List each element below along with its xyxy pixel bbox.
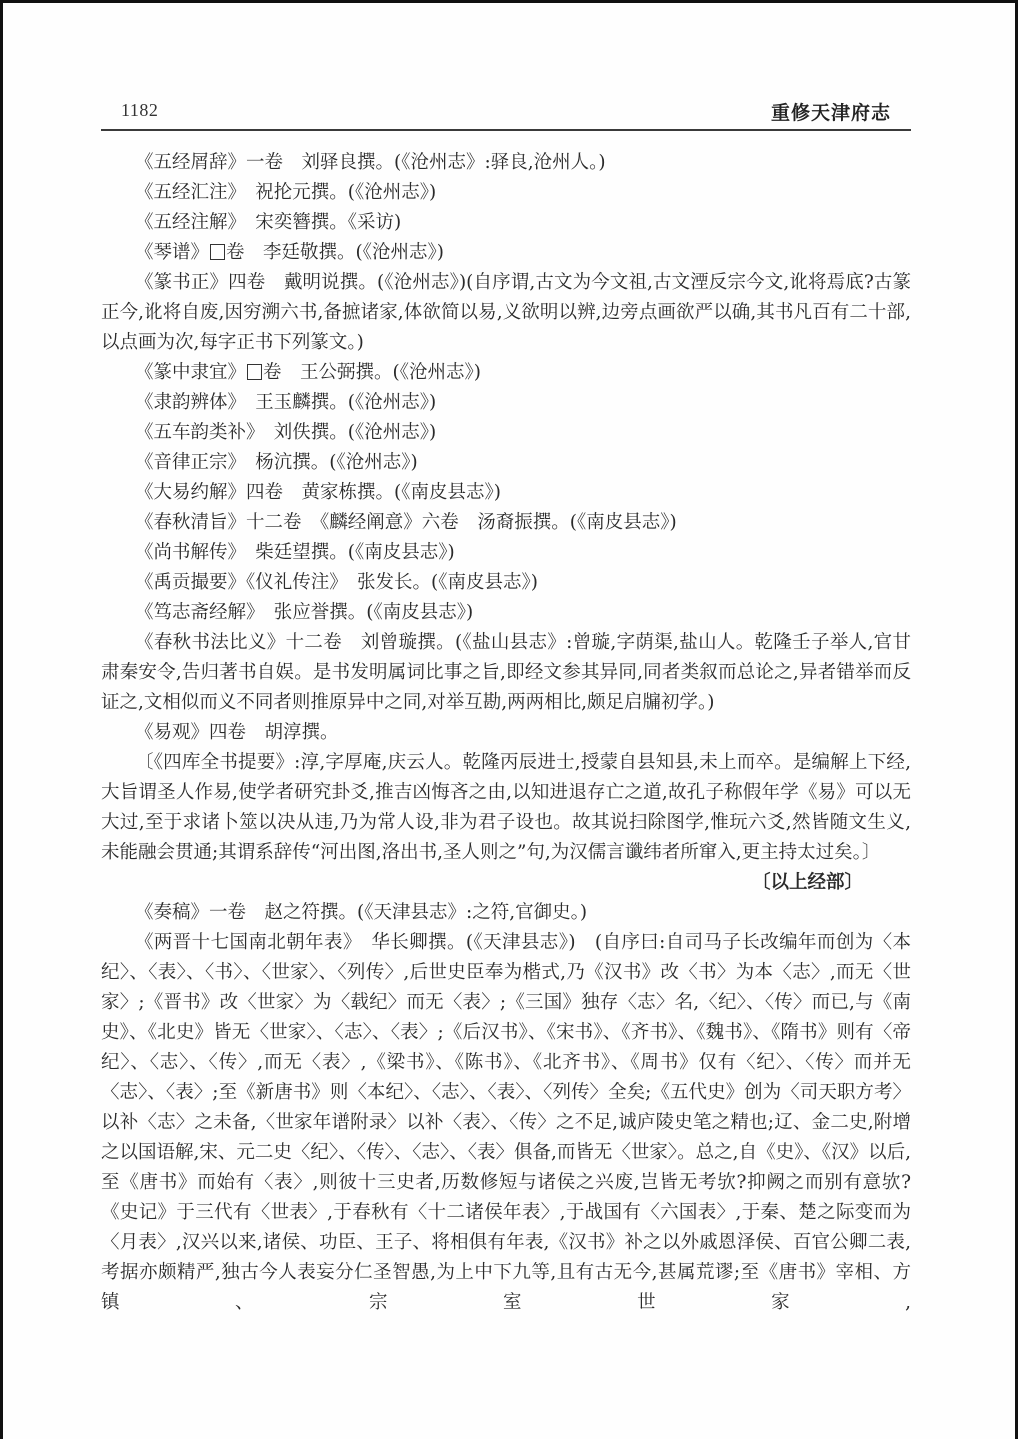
entry-wujing-zhujie: 《五经注解》 宋奕簪撰。《采访)	[101, 208, 911, 238]
section-end-marker: 〔以上经部〕	[752, 868, 863, 898]
entry-zhuanshu-zheng: 《篆书正》四卷 戴明说撰。(《沧州志》)(自序谓,古文为今文祖,古文湮反宗今文,…	[101, 268, 911, 358]
entry-yinlv-zhengzong: 《音律正宗》 杨沆撰。(《沧州志》)	[101, 448, 911, 478]
entry-dayi-yuejie: 《大易约解》四卷 黄家栋撰。(《南皮县志》)	[101, 478, 911, 508]
page-header: 1182 重修天津府志	[101, 96, 911, 130]
header-rule	[101, 129, 911, 131]
entry-wuche-yunleibu: 《五车韵类补》 刘佚撰。(《沧州志》)	[101, 418, 911, 448]
entry-yugong-cuoyao: 《禹贡撮要》《仪礼传注》 张发长。(《南皮县志》)	[101, 568, 911, 598]
entry-yiguan: 《易观》四卷 胡淳撰。	[101, 718, 911, 748]
entry-chunqiu-shufa-biyi: 《春秋书法比义》十二卷 刘曾璇撰。(《盐山县志》:曾璇,字荫渠,盐山人。乾隆壬子…	[101, 628, 911, 718]
entry-liangjin-nianbiao: 《两晋十七国南北朝年表》 华长卿撰。(《天津县志》) (自序曰:自司马子长改编年…	[101, 928, 911, 1318]
missing-char-box-icon	[210, 244, 225, 260]
entry-zhuanzhong-liyi: 《篆中隶宜》卷 王公弼撰。(《沧州志》)	[101, 358, 911, 388]
page-number: 1182	[121, 100, 158, 121]
missing-char-box-icon	[247, 364, 262, 380]
book-title: 重修天津府志	[771, 98, 891, 125]
entry-wujing-xieci: 《五经屑辞》一卷 刘驿良撰。(《沧州志》:驿良,沧州人。)	[101, 148, 911, 178]
entry-siku-tiyao-note: 〔《四库全书提要》:淳,字厚庵,庆云人。乾隆丙辰进士,授蒙自县知县,未上而卒。是…	[101, 748, 911, 868]
entry-zougao: 《奏稿》一卷 赵之符撰。(《天津县志》:之符,官御史。)	[101, 898, 911, 928]
entry-liyun-bianti: 《隶韵辨体》 王玉麟撰。(《沧州志》)	[101, 388, 911, 418]
entry-chunqiu-qingzhi: 《春秋清旨》十二卷 《麟经阐意》六卷 汤裔振撰。(《南皮县志》)	[101, 508, 911, 538]
body-text: 《五经屑辞》一卷 刘驿良撰。(《沧州志》:驿良,沧州人。) 《五经汇注》 祝抡元…	[101, 148, 911, 1318]
entry-wujing-huizhu: 《五经汇注》 祝抡元撰。(《沧州志》)	[101, 178, 911, 208]
entry-qinpu: 《琴谱》卷 李廷敬撰。(《沧州志》)	[101, 238, 911, 268]
entry-shangshu-jiezhuan: 《尚书解传》 柴廷望撰。(《南皮县志》)	[101, 538, 911, 568]
entry-duzhizhai-jingjie: 《笃志斋经解》 张应誉撰。(《南皮县志》)	[101, 598, 911, 628]
